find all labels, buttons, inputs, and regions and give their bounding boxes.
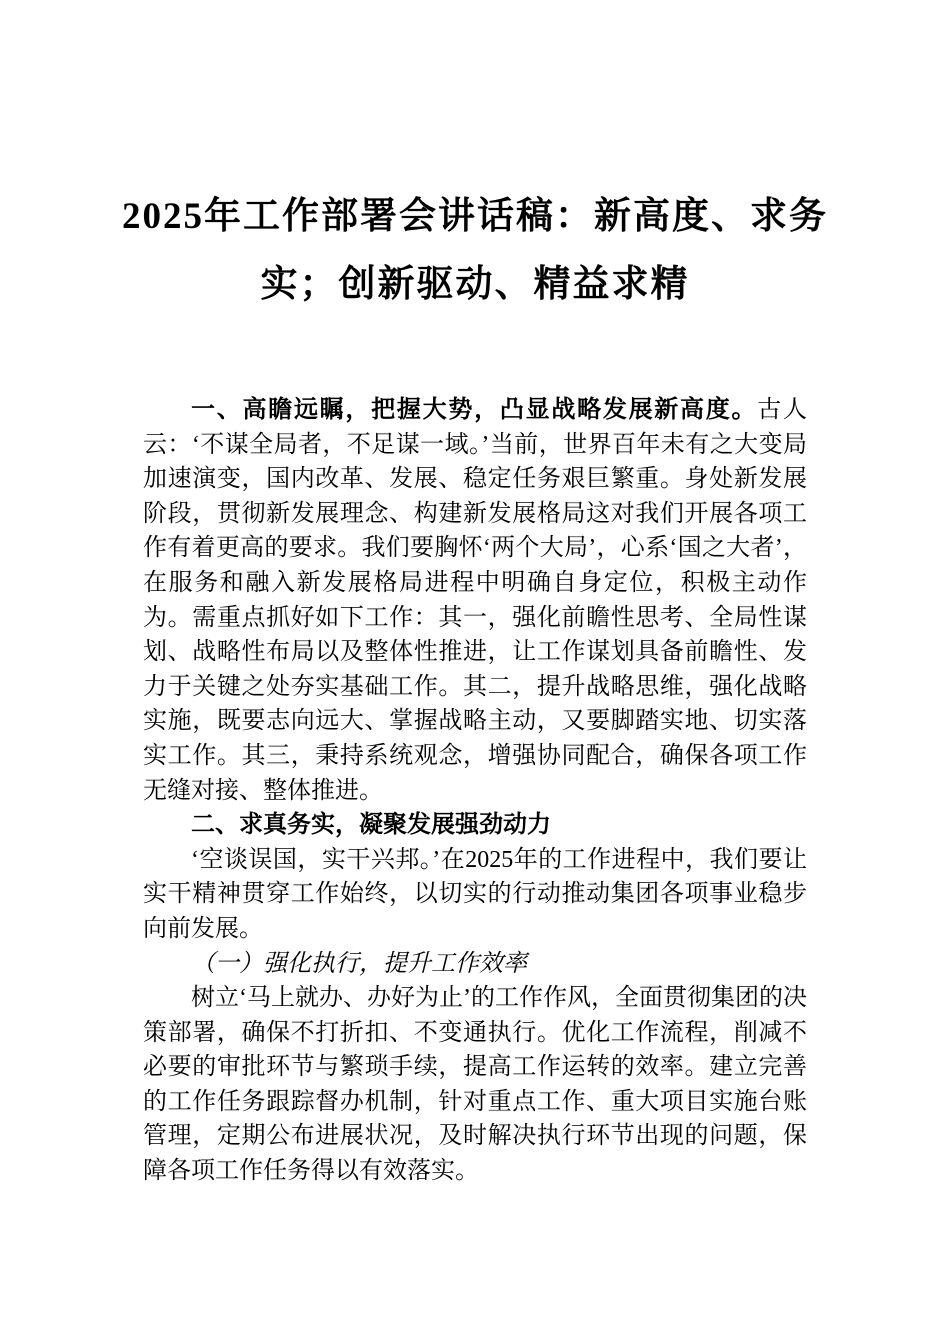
- section-one-inline-heading: 一、高瞻远瞩，把握大势，凸显战略发展新高度。: [191, 396, 757, 423]
- document-body: 一、高瞻远瞩，把握大势，凸显战略发展新高度。古人云：‘不谋全局者，不足谋一域。’…: [143, 393, 807, 1189]
- document-title: 2025年工作部署会讲话稿：新高度、求务实；创新驱动、精益求精: [110, 183, 840, 319]
- subsection-one-heading: （一）强化执行，提升工作效率: [143, 947, 807, 982]
- section-two-heading: 二、求真务实，凝聚发展强劲动力: [143, 808, 807, 843]
- paragraph-strategy: 一、高瞻远瞩，把握大势，凸显战略发展新高度。古人云：‘不谋全局者，不足谋一域。’…: [143, 393, 807, 808]
- document-page: 2025年工作部署会讲话稿：新高度、求务实；创新驱动、精益求精 一、高瞻远瞩，把…: [0, 0, 950, 1344]
- paragraph-pragmatism: ‘空谈误国，实干兴邦。’在2025年的工作进程中，我们要让实干精神贯穿工作始终，…: [143, 843, 807, 947]
- paragraph-execution: 树立‘马上就办、办好为止’的工作作风，全面贯彻集团的决策部署，确保不打折扣、不变…: [143, 981, 807, 1189]
- paragraph-strategy-text: 古人云：‘不谋全局者，不足谋一域。’当前，世界百年未有之大变局加速演变，国内改革…: [143, 397, 807, 804]
